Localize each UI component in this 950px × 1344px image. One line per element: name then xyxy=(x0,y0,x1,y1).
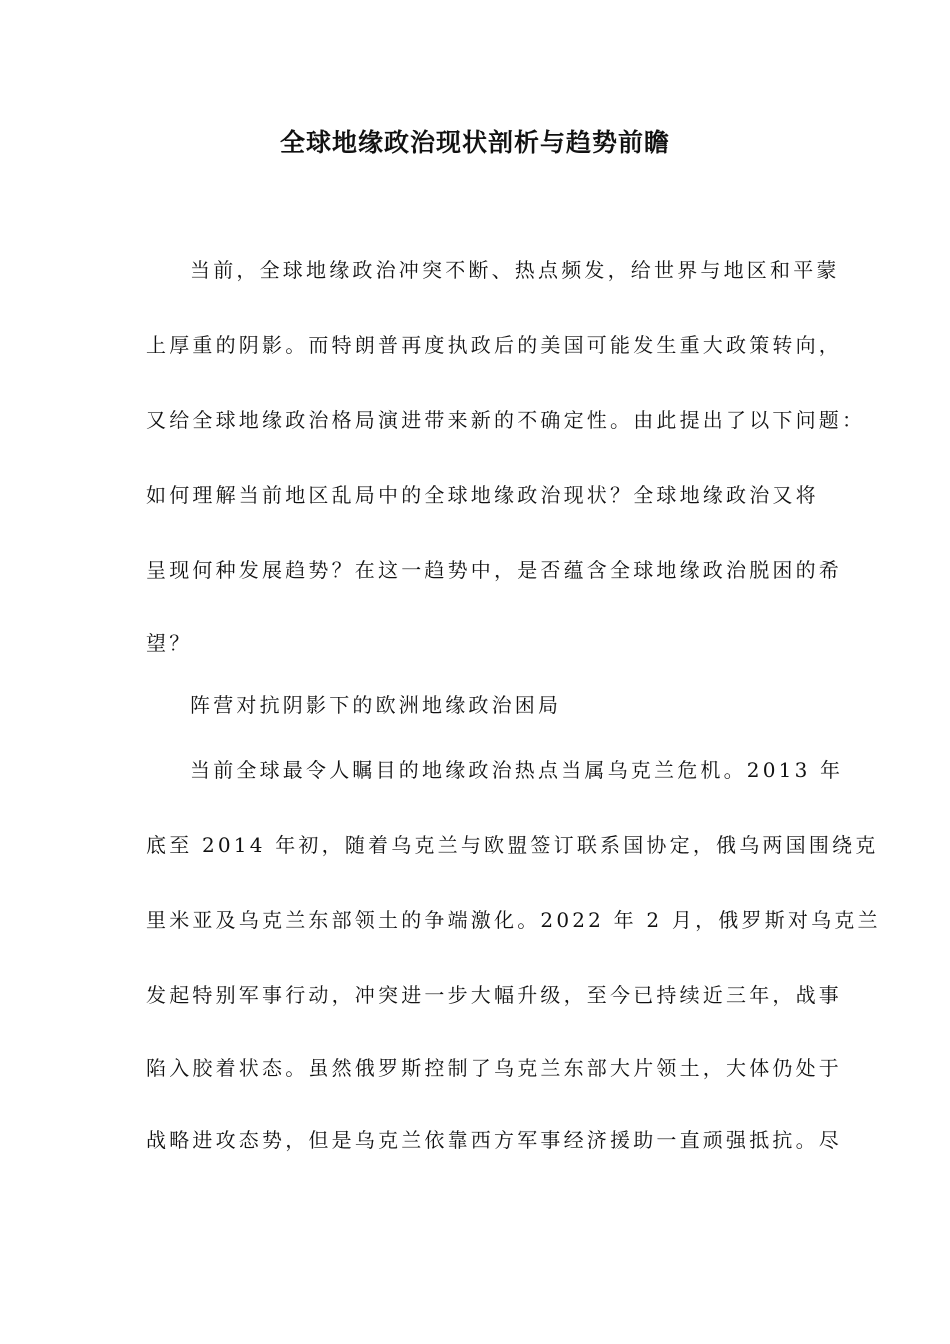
paragraph-line: 陷入胶着状态。虽然俄罗斯控制了乌克兰东部大片领土，大体仍处于 xyxy=(146,1055,842,1081)
paragraph-line: 战略进攻态势，但是乌克兰依靠西方军事经济援助一直顽强抵抗。尽 xyxy=(146,1127,842,1153)
paragraph-line: 如何理解当前地区乱局中的全球地缘政治现状？全球地缘政治又将 xyxy=(146,482,819,508)
paragraph-line: 发起特别军事行动，冲突进一步大幅升级，至今已持续近三年，战事 xyxy=(146,982,842,1008)
section-heading: 阵营对抗阴影下的欧洲地缘政治困局 xyxy=(190,692,561,718)
paragraph-line: 又给全球地缘政治格局演进带来新的不确定性。由此提出了以下问题： xyxy=(146,407,865,433)
paragraph-line: 当前，全球地缘政治冲突不断、热点频发，给世界与地区和平蒙 xyxy=(190,257,840,283)
paragraph-line: 当前全球最令人瞩目的地缘政治热点当属乌克兰危机。2013 年 xyxy=(190,757,843,783)
paragraph-line: 里米亚及乌克兰东部领土的争端激化。2022 年 2 月，俄罗斯对乌克兰 xyxy=(146,907,881,933)
paragraph-line: 望？ xyxy=(146,630,192,656)
paragraph-line: 上厚重的阴影。而特朗普再度执政后的美国可能发生重大政策转向， xyxy=(146,332,842,358)
paragraph-line: 呈现何种发展趋势？在这一趋势中，是否蕴含全球地缘政治脱困的希 xyxy=(146,557,842,583)
paragraph-line: 底至 2014 年初，随着乌克兰与欧盟签订联系国协定，俄乌两国围绕克 xyxy=(146,832,878,858)
document-title: 全球地缘政治现状剖析与趋势前瞻 xyxy=(0,128,950,158)
